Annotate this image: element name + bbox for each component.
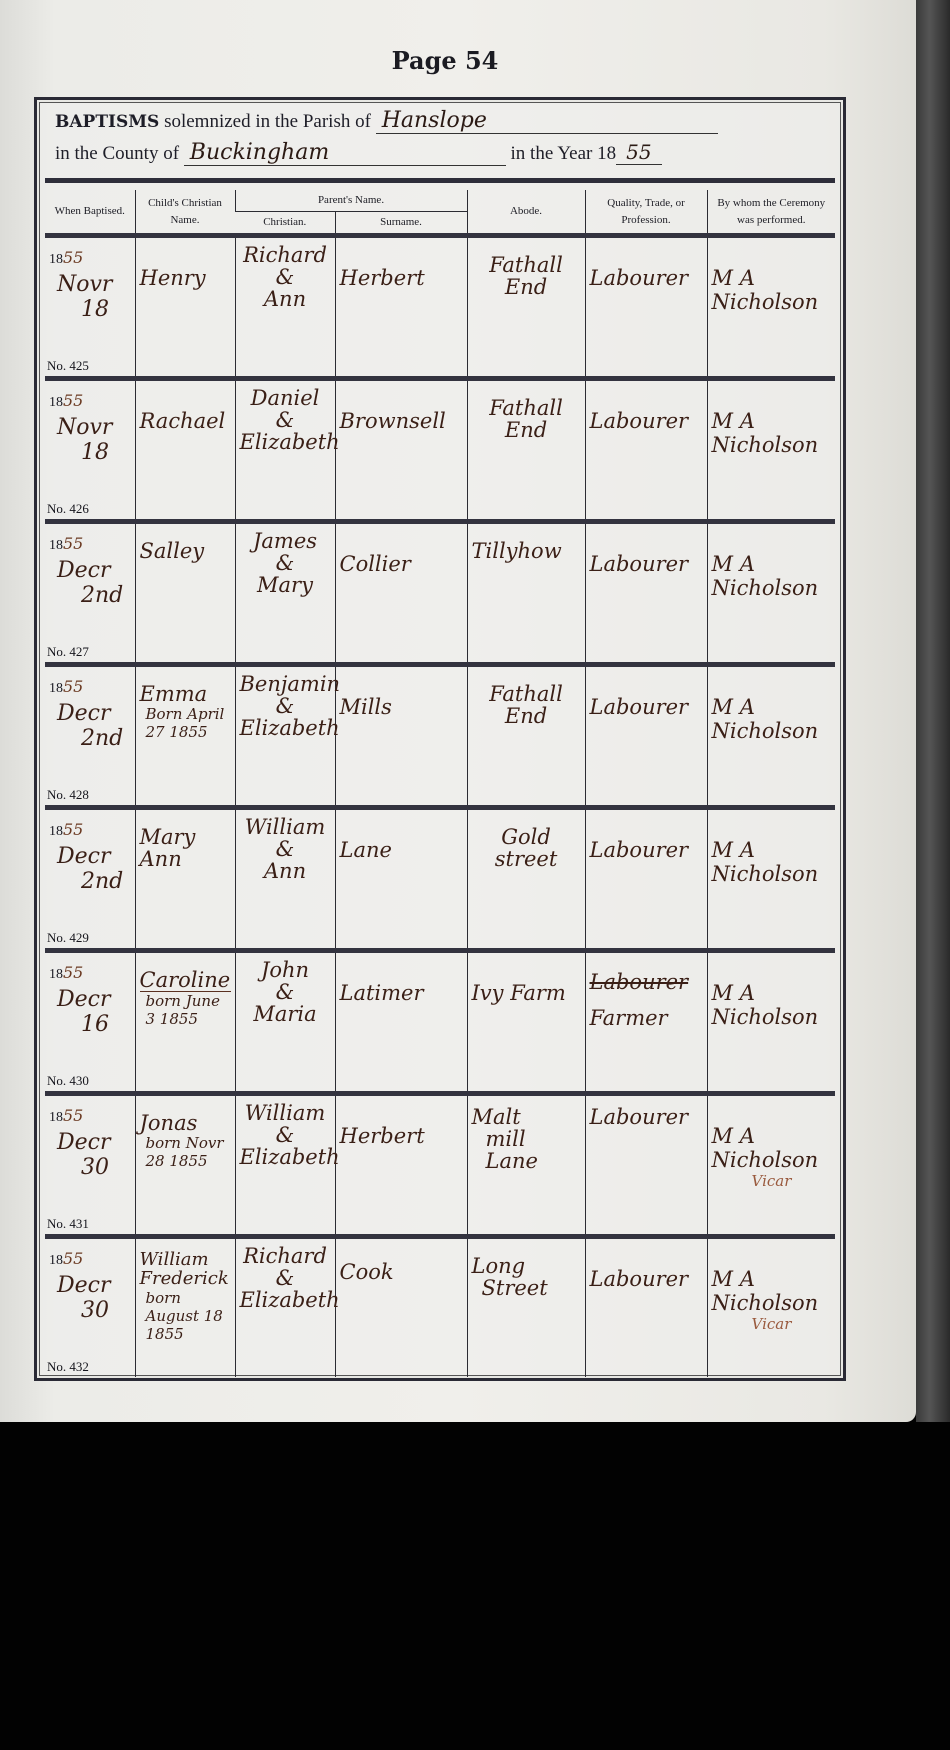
cell-parent-christian: Daniel&Elizabeth	[235, 379, 335, 522]
cell-surname: Herbert	[335, 236, 467, 379]
col-when-baptised: When Baptised.	[45, 190, 135, 236]
register-number: No. 429	[47, 930, 89, 946]
cell-surname: Latimer	[335, 951, 467, 1094]
cell-surname: Brownsell	[335, 379, 467, 522]
table-row: 1855 Decr 2nd No. 428 EmmaBorn April 27 …	[45, 665, 835, 808]
heading-rule	[45, 178, 835, 183]
cell-trade: Labourer	[585, 808, 707, 951]
heading-solemnized: solemnized in the Parish of	[164, 111, 371, 132]
cell-surname: Cook	[335, 1237, 467, 1378]
cell-when: 1855 Decr 30 No. 432	[45, 1237, 135, 1378]
cell-parent-christian: Richard&Elizabeth	[235, 1237, 335, 1378]
cell-officiant: M A NicholsonVicar	[707, 1237, 835, 1378]
day: 2nd	[49, 583, 131, 608]
col-parent-christian: Christian.	[235, 212, 335, 236]
cell-parent-christian: John&Maria	[235, 951, 335, 1094]
cell-parent-christian: William&Ann	[235, 808, 335, 951]
cell-surname: Collier	[335, 522, 467, 665]
year: 1855	[49, 1253, 83, 1268]
cell-trade: Labourer	[585, 665, 707, 808]
heading-baptisms: BAPTISMS	[55, 112, 159, 132]
cell-when: 1855 Decr 2nd No. 428	[45, 665, 135, 808]
year: 1855	[49, 395, 83, 410]
table-header-row: When Baptised. Child's Christian Name. P…	[45, 190, 835, 212]
month: Decr	[49, 558, 131, 583]
cell-trade: Labourer	[585, 522, 707, 665]
cell-trade: Labourer	[585, 236, 707, 379]
table-row: 1855 Decr 30 No. 431 Jonasborn Novr 28 1…	[45, 1094, 835, 1237]
cell-parent-christian: William&Elizabeth	[235, 1094, 335, 1237]
cell-when: 1855 Decr 16 No. 430	[45, 951, 135, 1094]
heading-line-1: BAPTISMS solemnized in the Parish of Han…	[55, 108, 718, 134]
cell-officiant: M A Nicholson	[707, 379, 835, 522]
year: 1855	[49, 538, 83, 553]
cell-officiant: M A Nicholson	[707, 951, 835, 1094]
cell-surname: Mills	[335, 665, 467, 808]
cell-abode: FathallEnd	[467, 379, 585, 522]
cell-surname: Lane	[335, 808, 467, 951]
month: Decr	[49, 987, 131, 1012]
cell-officiant: M A Nicholson	[707, 808, 835, 951]
month: Decr	[49, 844, 131, 869]
cell-child-name: William Frederickborn August 18 1855	[135, 1237, 235, 1378]
register-number: No. 427	[47, 644, 89, 660]
cell-when: 1855 Novr 18 No. 425	[45, 236, 135, 379]
col-parent-surname: Surname.	[335, 212, 467, 236]
table-row: 1855 Decr 30 No. 432 William Frederickbo…	[45, 1237, 835, 1378]
cell-child-name: EmmaBorn April 27 1855	[135, 665, 235, 808]
col-parents-name: Parent's Name.	[235, 190, 467, 212]
day: 30	[49, 1298, 131, 1323]
county-name: Buckingham	[184, 140, 506, 166]
table-row: 1855 Decr 16 No. 430 Carolineborn June 3…	[45, 951, 835, 1094]
cell-trade: Labourer	[585, 379, 707, 522]
day: 2nd	[49, 869, 131, 894]
cell-parent-christian: James&Mary	[235, 522, 335, 665]
cell-parent-christian: Benjamin&Elizabeth	[235, 665, 335, 808]
col-trade: Quality, Trade, or Profession.	[585, 190, 707, 236]
table-row: 1855 Decr 2nd No. 429 Mary Ann William&A…	[45, 808, 835, 951]
cell-when: 1855 Decr 2nd No. 427	[45, 522, 135, 665]
heading-line-2: in the County of Buckingham in the Year …	[55, 140, 662, 166]
cell-child-name: Jonasborn Novr 28 1855	[135, 1094, 235, 1237]
cell-trade: Labourer	[585, 1094, 707, 1237]
register-number: No. 431	[47, 1216, 89, 1232]
register-frame: BAPTISMS solemnized in the Parish of Han…	[34, 97, 846, 1381]
cell-child-name: Carolineborn June 3 1855	[135, 951, 235, 1094]
register-number: No. 425	[47, 358, 89, 374]
col-by-whom: By whom the Ceremony was performed.	[707, 190, 835, 236]
day: 30	[49, 1155, 131, 1180]
year: 1855	[49, 681, 83, 696]
heading-year-suffix: 55	[616, 140, 661, 165]
cell-child-name: Salley	[135, 522, 235, 665]
heading-county-label: in the County of	[55, 143, 179, 164]
cell-child-name: Henry	[135, 236, 235, 379]
month: Novr	[49, 415, 131, 440]
cell-officiant: M A NicholsonVicar	[707, 1094, 835, 1237]
table-row: 1855 Novr 18 No. 425 Henry Richard&Ann H…	[45, 236, 835, 379]
book-binding	[916, 0, 950, 1422]
table-row: 1855 Decr 2nd No. 427 Salley James&Mary …	[45, 522, 835, 665]
register-page: Page 54 BAPTISMS solemnized in the Paris…	[0, 0, 916, 1422]
cell-officiant: M A Nicholson	[707, 522, 835, 665]
day: 18	[49, 440, 131, 465]
year: 1855	[49, 1110, 83, 1125]
year: 1855	[49, 824, 83, 839]
cell-trade: Labourer	[585, 1237, 707, 1378]
cell-parent-christian: Richard&Ann	[235, 236, 335, 379]
cell-abode: Goldstreet	[467, 808, 585, 951]
register-number: No. 428	[47, 787, 89, 803]
register-number: No. 426	[47, 501, 89, 517]
cell-child-name: Mary Ann	[135, 808, 235, 951]
cell-officiant: M A Nicholson	[707, 236, 835, 379]
month: Decr	[49, 1273, 131, 1298]
cell-abode: LongStreet	[467, 1237, 585, 1378]
day: 16	[49, 1012, 131, 1037]
cell-abode: Ivy Farm	[467, 951, 585, 1094]
cell-when: 1855 Novr 18 No. 426	[45, 379, 135, 522]
day: 18	[49, 297, 131, 322]
cell-trade: LabourerFarmer	[585, 951, 707, 1094]
year: 1855	[49, 252, 83, 267]
cell-abode: Tillyhow	[467, 522, 585, 665]
month: Decr	[49, 701, 131, 726]
cell-when: 1855 Decr 2nd No. 429	[45, 808, 135, 951]
cell-child-name: Rachael	[135, 379, 235, 522]
baptism-register-table: When Baptised. Child's Christian Name. P…	[45, 190, 835, 1377]
parish-name: Hanslope	[376, 108, 718, 134]
cell-when: 1855 Decr 30 No. 431	[45, 1094, 135, 1237]
year: 1855	[49, 967, 83, 982]
register-number: No. 432	[47, 1359, 89, 1375]
col-child-name: Child's Christian Name.	[135, 190, 235, 236]
col-abode: Abode.	[467, 190, 585, 236]
cell-officiant: M A Nicholson	[707, 665, 835, 808]
cell-surname: Herbert	[335, 1094, 467, 1237]
cell-abode: FathallEnd	[467, 665, 585, 808]
cell-abode: FathallEnd	[467, 236, 585, 379]
month: Novr	[49, 272, 131, 297]
day: 2nd	[49, 726, 131, 751]
page-number: Page 54	[0, 46, 890, 75]
cell-abode: Maltmill Lane	[467, 1094, 585, 1237]
month: Decr	[49, 1130, 131, 1155]
heading-year-label: in the Year 18	[511, 143, 617, 164]
register-number: No. 430	[47, 1073, 89, 1089]
table-row: 1855 Novr 18 No. 426 Rachael Daniel&Eliz…	[45, 379, 835, 522]
